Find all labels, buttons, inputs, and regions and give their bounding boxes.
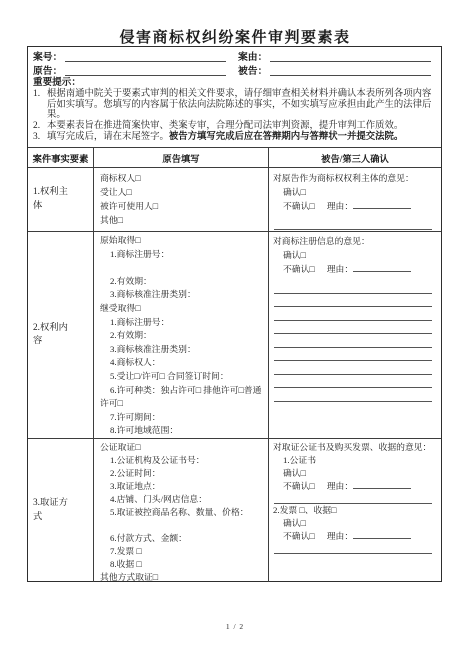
row-label-text: 3.取证方式: [33, 497, 75, 524]
not-confirm-label: 不确认□: [283, 531, 315, 541]
notice-item-text-bold: 被告方填写完成后应在答辩期内与答辩状一并提交法院。: [169, 132, 403, 142]
checkbox-option: 其他□: [100, 213, 264, 227]
plaintiff-cell-evidence-method: 公证取证□ 1.公证机构及公证书号： 2.公证时间： 3.取证地点： 4.店铺、…: [93, 438, 268, 582]
notice-heading: 重要提示：: [33, 77, 436, 89]
row-label-evidence-method: 3.取证方式: [28, 438, 93, 582]
write-in-line: [274, 294, 432, 308]
reason-blank: [353, 480, 411, 489]
case-cause-label: 案由：: [238, 49, 267, 63]
write-in-line: [274, 334, 432, 348]
plaintiff-blank: [65, 65, 226, 76]
checkbox-option-not-confirm: 不确认□理由：: [273, 480, 435, 493]
write-in-line: [274, 307, 432, 321]
reason-blank: [353, 530, 411, 539]
checkbox-option: 被许可使用人□: [100, 199, 264, 213]
case-number-blank: [65, 51, 226, 62]
notice-item-number: 3.: [33, 132, 47, 143]
write-in-line: [274, 493, 432, 504]
column-header-defendant-confirm: 被告/第三人确认: [268, 147, 441, 167]
form-field-line: 2.有效期：: [100, 275, 264, 289]
form-field-line: 5.受让□/许可□ 合同签订时间：: [100, 370, 264, 384]
reason-blank: [353, 263, 411, 272]
case-cause-blank: [270, 51, 431, 62]
write-in-line: [274, 321, 432, 335]
checkbox-option-not-confirm: 不确认□理由：: [273, 262, 435, 276]
form-field-line: 6.许可种类：独占许可□ 排他许可□普通许可□: [100, 384, 264, 411]
defendant-blank: [270, 65, 431, 76]
form-field-line: 5.取证被控商品名称、数量、价格：: [100, 506, 264, 519]
checkbox-option: 原始取得□: [100, 234, 264, 248]
blank-line: [100, 519, 264, 532]
checkbox-option-confirm: 确认□: [273, 185, 435, 199]
form-field-line: 8.许可地域范围：: [100, 424, 264, 438]
write-in-line: [274, 361, 432, 375]
form-field-line: 2.有效期：: [100, 329, 264, 343]
case-info-section: 案号： 案由： 原告： 被告：: [28, 47, 441, 76]
form-field-line: 4.店铺、门头/网店信息：: [100, 493, 264, 506]
confirm-title: 对商标注册信息的意见：: [273, 234, 435, 248]
checkbox-option-confirm: 确认□: [273, 467, 435, 480]
write-in-area: [273, 280, 435, 402]
blank-line: [100, 261, 264, 275]
write-in-line: [274, 375, 432, 389]
plaintiff-label: 原告：: [33, 63, 62, 77]
not-confirm-label: 不确认□: [283, 201, 315, 211]
reason-label: 理由：: [327, 481, 353, 491]
row-label-text: 2.权利内容: [33, 322, 75, 349]
checkbox-option: 公证取证□: [100, 441, 264, 454]
checkbox-option-not-confirm: 不确认□理由：: [273, 199, 435, 213]
confirm-subitem-notary: 1.公证书: [273, 454, 435, 467]
write-in-line: [274, 218, 432, 230]
page-number: 1 / 2: [0, 622, 470, 631]
notice-item-3: 3. 填写完成后，请在末尾签字。被告方填写完成后应在答辩期内与答辩状一并提交法院…: [33, 132, 436, 143]
write-in-line: [274, 348, 432, 362]
form-field-line: 4.商标权人：: [100, 356, 264, 370]
form-field-line: 3.商标核准注册类别：: [100, 343, 264, 357]
confirm-title: 对原告作为商标权权利主体的意见：: [273, 171, 435, 185]
form-field-line: 1.公证机构及公证书号：: [100, 454, 264, 467]
form-sheet: 案号： 案由： 原告： 被告： 重要提示： 1. 根据南通中院关于要素式审判的相…: [27, 46, 442, 582]
form-field-line: 1.商标注册号：: [100, 316, 264, 330]
notice-item-2: 2. 本要素表旨在推进简案快审、类案专审，合理分配司法审判资源，提升审判工作质效…: [33, 121, 436, 132]
checkbox-option: 8.收据 □: [100, 558, 264, 571]
reason-label: 理由：: [327, 531, 353, 541]
notice-item-text: 填写完成后，请在末尾签字。被告方填写完成后应在答辩期内与答辩状一并提交法院。: [47, 132, 436, 143]
notice-item-text-normal: 填写完成后，请在末尾签字。: [47, 132, 169, 142]
notice-item-1: 1. 根据南通中院关于要素式审判的相关文件要求，请仔细审查相关材料并确认本表所列…: [33, 89, 436, 121]
reason-blank: [353, 200, 411, 209]
checkbox-option-confirm: 确认□: [273, 248, 435, 262]
confirm-subitem-invoice-receipt: 2.发票 □、收据□: [273, 504, 435, 517]
column-header-case-fact-elements: 案件事实要素: [28, 147, 93, 167]
reason-label: 理由：: [327, 201, 353, 211]
form-field-line: 7.许可期间：: [100, 411, 264, 425]
form-field-line: 3.取证地点：: [100, 480, 264, 493]
checkbox-option: 受让人□: [100, 185, 264, 199]
checkbox-option: 商标权人□: [100, 171, 264, 185]
elements-table: 案件事实要素 原告填写 被告/第三人确认 1.权利主体 商标权人□ 受让人□ 被…: [28, 147, 441, 582]
checkbox-option-confirm: 确认□: [273, 517, 435, 530]
write-in-line: [274, 543, 432, 554]
confirm-cell-evidence-method: 对取证公证书及购买发票、收据的意见： 1.公证书 确认□ 不确认□理由： 2.发…: [268, 438, 441, 582]
case-number-row: 案号： 案由：: [33, 50, 435, 63]
checkbox-option-not-confirm: 不确认□理由：: [273, 530, 435, 543]
checkbox-option: 其他方式取证□: [100, 571, 264, 582]
row-label-text: 1.权利主体: [33, 186, 75, 213]
case-number-label: 案号：: [33, 49, 62, 63]
notice-item-text: 根据南通中院关于要素式审判的相关文件要求，请仔细审查相关材料并确认本表所列各项内…: [47, 89, 436, 121]
notice-item-number: 1.: [33, 89, 47, 121]
checkbox-option: 7.发票 □: [100, 545, 264, 558]
write-in-line: [274, 388, 432, 402]
confirm-title: 对取证公证书及购买发票、收据的意见：: [273, 441, 435, 454]
confirm-cell-rights-subject: 对原告作为商标权权利主体的意见： 确认□ 不确认□理由：: [268, 167, 441, 231]
not-confirm-label: 不确认□: [283, 481, 315, 491]
row-label-rights-subject: 1.权利主体: [28, 167, 93, 231]
not-confirm-label: 不确认□: [283, 264, 315, 274]
confirm-cell-rights-content: 对商标注册信息的意见： 确认□ 不确认□理由：: [268, 231, 441, 438]
notice-section: 重要提示： 1. 根据南通中院关于要素式审判的相关文件要求，请仔细审查相关材料并…: [28, 76, 441, 147]
form-field-line: 2.公证时间：: [100, 467, 264, 480]
row-label-rights-content: 2.权利内容: [28, 231, 93, 438]
reason-label: 理由：: [327, 264, 353, 274]
form-field-line: 1.商标注册号：: [100, 248, 264, 262]
form-field-line: 3.商标核准注册类别：: [100, 288, 264, 302]
scanned-form-page: 侵害商标权纠纷案件审判要素表 案号： 案由： 原告： 被告： 重要提示： 1. …: [0, 0, 470, 654]
plaintiff-cell-rights-content: 原始取得□ 1.商标注册号： 2.有效期： 3.商标核准注册类别： 继受取得□ …: [93, 231, 268, 438]
document-title: 侵害商标权纠纷案件审判要素表: [0, 26, 470, 47]
notice-item-text: 本要素表旨在推进简案快审、类案专审，合理分配司法审判资源，提升审判工作质效。: [47, 121, 436, 132]
checkbox-option: 继受取得□: [100, 302, 264, 316]
form-field-line: 6.付款方式、金额：: [100, 532, 264, 545]
column-header-plaintiff-fill: 原告填写: [93, 147, 268, 167]
plaintiff-cell-rights-subject: 商标权人□ 受让人□ 被许可使用人□ 其他□: [93, 167, 268, 231]
defendant-label: 被告：: [238, 63, 267, 77]
write-in-line: [274, 280, 432, 294]
notice-item-number: 2.: [33, 121, 47, 132]
